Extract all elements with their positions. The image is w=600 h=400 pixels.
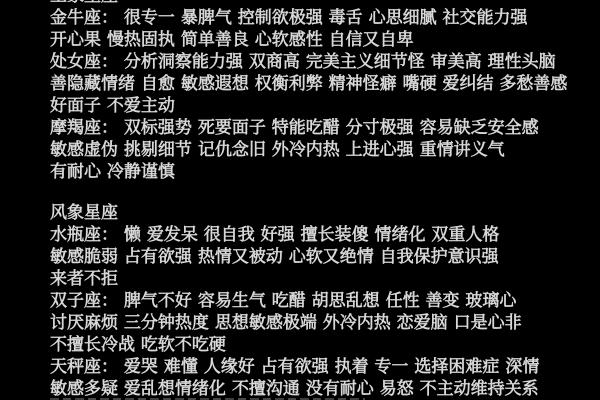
text-line: 敏感脆弱 占有欲强 热情又被动 心软又绝情 自我保护意识强 xyxy=(50,246,576,268)
text-line: 水瓶座： 懒 爱发呆 很自我 好强 擅长装傻 情绪化 双重人格 xyxy=(50,224,576,246)
text-line: 好面子 不爱主动 xyxy=(50,95,576,117)
text-body: 土象星座金牛座： 很专一 暴脾气 控制欲极强 毒舌 心思细腻 社交能力强开心果 … xyxy=(50,0,576,400)
text-line: 善隐藏情绪 自愈 敏感遐想 权衡利弊 精神怪癖 嘴硬 爱纠结 多愁善感 xyxy=(50,73,576,95)
screenshot-canvas: 土象星座金牛座： 很专一 暴脾气 控制欲极强 毒舌 心思细腻 社交能力强开心果 … xyxy=(0,0,600,400)
text-line: 敏感多疑 爱乱想情绪化 不擅沟通 没有耐心 易怒 不主动维持关系 xyxy=(50,378,576,400)
clipped-section-heading: 土象星座 xyxy=(50,0,576,7)
text-line: 天秤座： 爱哭 难懂 人缘好 占有欲强 执着 专一 选择困难症 深情 xyxy=(50,356,576,378)
text-line: 摩羯座： 双标强势 死要面子 特能吃醋 分寸极强 容易缺乏安全感 xyxy=(50,117,576,139)
zodiac-section: 风象星座水瓶座： 懒 爱发呆 很自我 好强 擅长装傻 情绪化 双重人格敏感脆弱 … xyxy=(50,202,576,400)
text-line: 金牛座： 很专一 暴脾气 控制欲极强 毒舌 心思细腻 社交能力强 xyxy=(50,7,576,29)
section-heading: 土象星座 xyxy=(50,0,576,7)
text-line: 来者不拒 xyxy=(50,268,576,290)
text-line: 讨厌麻烦 三分钟热度 思想敏感极端 外冷内热 恋爱脑 口是心非 xyxy=(50,312,576,334)
text-line: 双子座： 脾气不好 容易生气 吃醋 胡思乱想 任性 善变 玻璃心 xyxy=(50,290,576,312)
text-line: 处女座： 分析洞察能力强 双商高 完美主义细节怪 审美高 理性头脑 xyxy=(50,51,576,73)
text-line: 有耐心 冷静谨慎 xyxy=(50,161,576,183)
text-line: 敏感虚伪 挑剔细节 记仇念旧 外冷内热 上进心强 重情讲义气 xyxy=(50,139,576,161)
text-line: 开心果 慢热固执 简单善良 心软感性 自信又自卑 xyxy=(50,29,576,51)
zodiac-section: 土象星座金牛座： 很专一 暴脾气 控制欲极强 毒舌 心思细腻 社交能力强开心果 … xyxy=(50,0,576,183)
text-line: 不擅长冷战 吃软不吃硬 xyxy=(50,334,576,356)
section-heading: 风象星座 xyxy=(50,202,576,224)
